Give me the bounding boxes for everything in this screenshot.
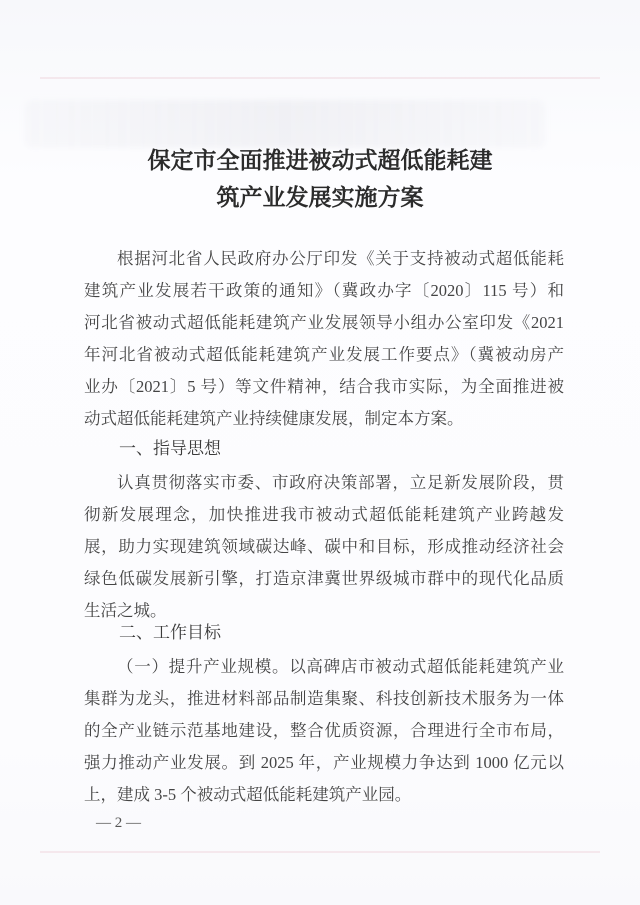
bleed-through-header — [25, 100, 545, 148]
section-line: 绿色低碳发展新引擎，打造京津冀世界级城市群中的现代化品质 — [84, 571, 564, 588]
intro-line: 年河北省被动式超低能耗建筑产业发展工作要点》（冀被动房产 — [84, 347, 564, 364]
section-line: 集群为龙头，推进材料部品制造集聚、科技创新技术服务为一体 — [84, 691, 564, 708]
document-title-line-2: 筑产业发展实施方案 — [0, 186, 640, 209]
intro-line: 根据河北省人民政府办公厅印发《关于支持被动式超低能耗 — [117, 251, 564, 268]
section-line: 强力推动产业发展。到 2025 年，产业规模力争达到 1000 亿元以 — [84, 755, 564, 772]
page-number: — 2 — — [96, 815, 141, 832]
section-heading-work-goals: 二、工作目标 — [119, 625, 221, 642]
intro-line: 业办〔2021〕5 号）等文件精神，结合我市实际，为全面推进被 — [84, 379, 564, 396]
document-title-line-1: 保定市全面推进被动式超低能耗建 — [0, 149, 640, 172]
section-line: 彻新发展理念，加快推进我市被动式超低能耗建筑产业跨越发 — [84, 507, 564, 524]
bleed-through-rule — [40, 77, 600, 79]
intro-line: 建筑产业发展若干政策的通知》（冀政办字〔2020〕115 号）和 — [84, 283, 564, 300]
section-line: 认真贯彻落实市委、市政府决策部署，立足新发展阶段，贯 — [117, 475, 564, 492]
section-heading-guiding-ideology: 一、指导思想 — [119, 441, 221, 458]
section-line: 生活之城。 — [84, 603, 564, 620]
section-line: 上，建成 3-5 个被动式超低能耗建筑产业园。 — [84, 787, 564, 804]
bleed-through-rule — [40, 851, 600, 853]
document-page: 保定市全面推进被动式超低能耗建 筑产业发展实施方案 根据河北省人民政府办公厅印发… — [0, 0, 640, 905]
intro-line: 河北省被动式超低能耗建筑产业发展领导小组办公室印发《2021 — [84, 315, 564, 332]
section-line: 的全产业链示范基地建设，整合优质资源，合理进行全市布局， — [84, 723, 564, 740]
section-line: 展，助力实现建筑领域碳达峰、碳中和目标，形成推动经济社会 — [84, 539, 564, 556]
section-line: （一）提升产业规模。以高碑店市被动式超低能耗建筑产业 — [117, 659, 564, 676]
intro-line: 动式超低能耗建筑产业持续健康发展，制定本方案。 — [84, 411, 564, 428]
